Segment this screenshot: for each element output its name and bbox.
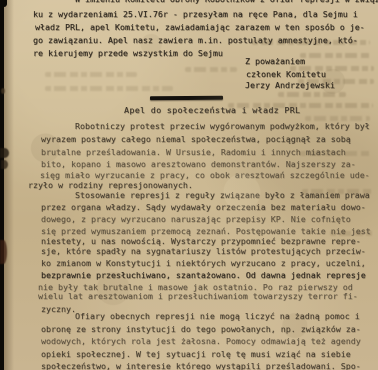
- scan-edge: [0, 0, 4, 370]
- bleedthrough-text: [45, 86, 173, 91]
- appeal-line: ko zmianom w Konstytucji i niektórych wy…: [41, 259, 366, 268]
- appeal-line: opieki społecznej. W tej sytuacji rolę t…: [41, 350, 351, 359]
- letter-line: re kierujemy przede wszystkim do Sejmu: [33, 49, 223, 58]
- letter-closing: Z poważaniem: [245, 57, 305, 66]
- appeal-line: sięg miało wyrzucanie z pracy, co obok a…: [40, 171, 370, 180]
- ink-stain: [0, 240, 7, 264]
- appeal-line: wielu lat aresztowaniom i przesłuchiwani…: [38, 292, 358, 301]
- appeal-line: dowego, z pracy wyrzucano naruszając prz…: [41, 215, 351, 224]
- signature-name: Jerzy Andrzejewski: [245, 81, 335, 90]
- letter-line-clipped: W imieniu Komitetu Obrony Robotników z o…: [75, 0, 378, 4]
- ink-stain: [0, 148, 9, 158]
- appeal-line: społeczeństwo, w interesie którego wystą…: [41, 362, 361, 370]
- appeal-line: bezprawnie przesłuchiwano, szantażowano.…: [41, 271, 366, 280]
- appeal-line: obronę ze strony instytucji do tego powo…: [41, 325, 361, 334]
- letter-line: ku z wydarzeniami 25.VI.76r - przesyłam …: [33, 10, 358, 19]
- appeal-line: Stosowanie represji z reguły związane by…: [75, 191, 370, 200]
- appeal-line: wodowych, których rola jest żałosna. Pom…: [41, 337, 361, 346]
- letter-line: władz PRL, apel Komitetu, zawiadamiając …: [35, 23, 365, 32]
- bleedthrough-text: [45, 72, 137, 77]
- letter-line: go zawiązaniu. Apel nasz zawiera m.in. p…: [33, 36, 358, 45]
- scan-edge-corner: [0, 0, 7, 7]
- appeal-line: Ofiary obecnych represji nie mogą liczyć…: [75, 312, 360, 321]
- ink-stain: [1, 88, 5, 94]
- appeal-line: bito, kopano i masowo aresztowano demons…: [41, 160, 356, 169]
- appeal-line: zyczny.: [41, 305, 76, 314]
- page-edge-shadow: [4, 0, 14, 370]
- signature-title: członek Komitetu: [246, 70, 326, 79]
- ink-stain: [1, 160, 8, 169]
- bleedthrough-text: [278, 92, 346, 97]
- scanned-typewritten-document: W imieniu Komitetu Obrony Robotników z o…: [0, 0, 378, 370]
- bleedthrough-text: [185, 67, 237, 72]
- appeal-line: sje, które spadły na sygnatariuszy listó…: [41, 247, 366, 256]
- bleedthrough-text: [300, 53, 372, 58]
- appeal-line: brutalne prześladowania. W Ursusie, Rado…: [41, 148, 346, 157]
- appeal-line: niestety, u nas nowością. Wystarczy przy…: [41, 237, 361, 246]
- typed-divider-line: [150, 96, 223, 100]
- appeal-heading: Apel do społeczeństwa i władz PRL: [124, 106, 300, 115]
- appeal-line: rzyło w rodziny represjonowanych.: [28, 181, 193, 190]
- appeal-line: wyrazem postawy całego niemal społeczeńs…: [41, 135, 351, 144]
- appeal-line: się przed wymuszaniem przemocą zeznań. P…: [41, 227, 371, 236]
- appeal-line: przez organa władzy. Sądy wydawały orzec…: [41, 203, 366, 212]
- appeal-line: Robotniczy protest przeciw wygórowanym p…: [75, 122, 370, 131]
